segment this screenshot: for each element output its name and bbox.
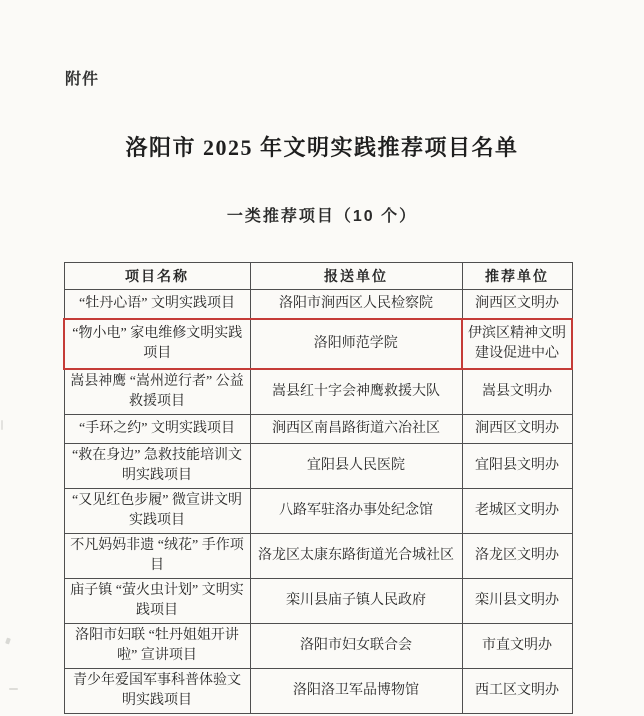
cell-submitting-unit: 洛阳市妇女联合会 <box>250 623 462 668</box>
cell-project-name: 不凡妈妈非遗 “绒花” 手作项目 <box>64 533 250 578</box>
cell-submitting-unit: 洛阳师范学院 <box>250 319 462 369</box>
cell-submitting-unit: 洛阳洛卫军品博物馆 <box>250 668 462 713</box>
cell-submitting-unit: 洛龙区太康东路街道光合城社区 <box>250 533 462 578</box>
table-row: 青少年爱国军事科普体验文明实践项目 洛阳洛卫军品博物馆 西工区文明办 <box>64 668 572 713</box>
cell-submitting-unit: 八路军驻洛办事处纪念馆 <box>250 488 462 533</box>
cell-recommending-unit: 嵩县文明办 <box>462 369 572 415</box>
cell-recommending-unit: 涧西区文明办 <box>462 414 572 443</box>
cell-recommending-unit: 洛龙区文明办 <box>462 533 572 578</box>
projects-table: 项目名称 报送单位 推荐单位 “牡丹心语” 文明实践项目 洛阳市涧西区人民检察院… <box>63 262 573 714</box>
table-row: 嵩县神鹰 “嵩州逆行者” 公益救援项目 嵩县红十字会神鹰救援大队 嵩县文明办 <box>64 369 572 415</box>
scan-artifact <box>5 637 11 644</box>
cell-submitting-unit: 涧西区南昌路街道六冶社区 <box>250 414 462 443</box>
table-header: 项目名称 报送单位 推荐单位 <box>64 263 572 290</box>
cell-recommending-unit: 栾川县文明办 <box>462 578 572 623</box>
table-row: 洛阳市妇联 “牡丹姐姐开讲啦” 宣讲项目 洛阳市妇女联合会 市直文明办 <box>64 623 572 668</box>
attachment-label: 附件 <box>65 66 99 89</box>
cell-project-name: “物小电” 家电维修文明实践项目 <box>64 319 250 369</box>
header-recommending-unit: 推荐单位 <box>462 263 572 290</box>
cell-project-name: 洛阳市妇联 “牡丹姐姐开讲啦” 宣讲项目 <box>64 623 250 668</box>
cell-project-name: 青少年爱国军事科普体验文明实践项目 <box>64 668 250 713</box>
cell-recommending-unit: 西工区文明办 <box>462 668 572 713</box>
table-row: 庙子镇 “萤火虫计划” 文明实践项目 栾川县庙子镇人民政府 栾川县文明办 <box>64 578 572 623</box>
cell-recommending-unit: 涧西区文明办 <box>462 290 572 319</box>
cell-submitting-unit: 宜阳县人民医院 <box>250 443 462 488</box>
cell-submitting-unit: 洛阳市涧西区人民检察院 <box>250 290 462 319</box>
scanned-document-page: 附件 洛阳市 2025 年文明实践推荐项目名单 一类推荐项目（10 个） 项目名… <box>0 0 644 716</box>
cell-recommending-unit: 宜阳县文明办 <box>462 443 572 488</box>
table-row: “手环之约” 文明实践项目 涧西区南昌路街道六冶社区 涧西区文明办 <box>64 414 572 443</box>
document-subtitle: 一类推荐项目（10 个） <box>0 203 644 226</box>
cell-project-name: “救在身边” 急救技能培训文明实践项目 <box>64 443 250 488</box>
cell-submitting-unit: 栾川县庙子镇人民政府 <box>250 578 462 623</box>
table-body: “牡丹心语” 文明实践项目 洛阳市涧西区人民检察院 涧西区文明办 “物小电” 家… <box>64 290 572 714</box>
cell-project-name: “又见红色步履” 微宣讲文明实践项目 <box>64 488 250 533</box>
scan-artifact <box>9 688 18 690</box>
table-row: “又见红色步履” 微宣讲文明实践项目 八路军驻洛办事处纪念馆 老城区文明办 <box>64 488 572 533</box>
header-project-name: 项目名称 <box>64 263 250 290</box>
table-row: “牡丹心语” 文明实践项目 洛阳市涧西区人民检察院 涧西区文明办 <box>64 290 572 319</box>
cell-project-name: 庙子镇 “萤火虫计划” 文明实践项目 <box>64 578 250 623</box>
cell-project-name: “手环之约” 文明实践项目 <box>64 414 250 443</box>
cell-project-name: 嵩县神鹰 “嵩州逆行者” 公益救援项目 <box>64 369 250 415</box>
table-header-row: 项目名称 报送单位 推荐单位 <box>64 263 572 290</box>
document-title: 洛阳市 2025 年文明实践推荐项目名单 <box>0 131 644 162</box>
cell-recommending-unit: 老城区文明办 <box>462 488 572 533</box>
table-row: “救在身边” 急救技能培训文明实践项目 宜阳县人民医院 宜阳县文明办 <box>64 443 572 488</box>
cell-recommending-unit: 伊滨区精神文明建设促进中心 <box>462 319 572 369</box>
table-row: 不凡妈妈非遗 “绒花” 手作项目 洛龙区太康东路街道光合城社区 洛龙区文明办 <box>64 533 572 578</box>
cell-project-name: “牡丹心语” 文明实践项目 <box>64 290 250 319</box>
table-row-highlighted: “物小电” 家电维修文明实践项目 洛阳师范学院 伊滨区精神文明建设促进中心 <box>64 319 572 369</box>
cell-submitting-unit: 嵩县红十字会神鹰救援大队 <box>250 369 462 415</box>
header-submitting-unit: 报送单位 <box>250 263 462 290</box>
cell-recommending-unit: 市直文明办 <box>462 623 572 668</box>
scan-artifact <box>1 420 3 430</box>
